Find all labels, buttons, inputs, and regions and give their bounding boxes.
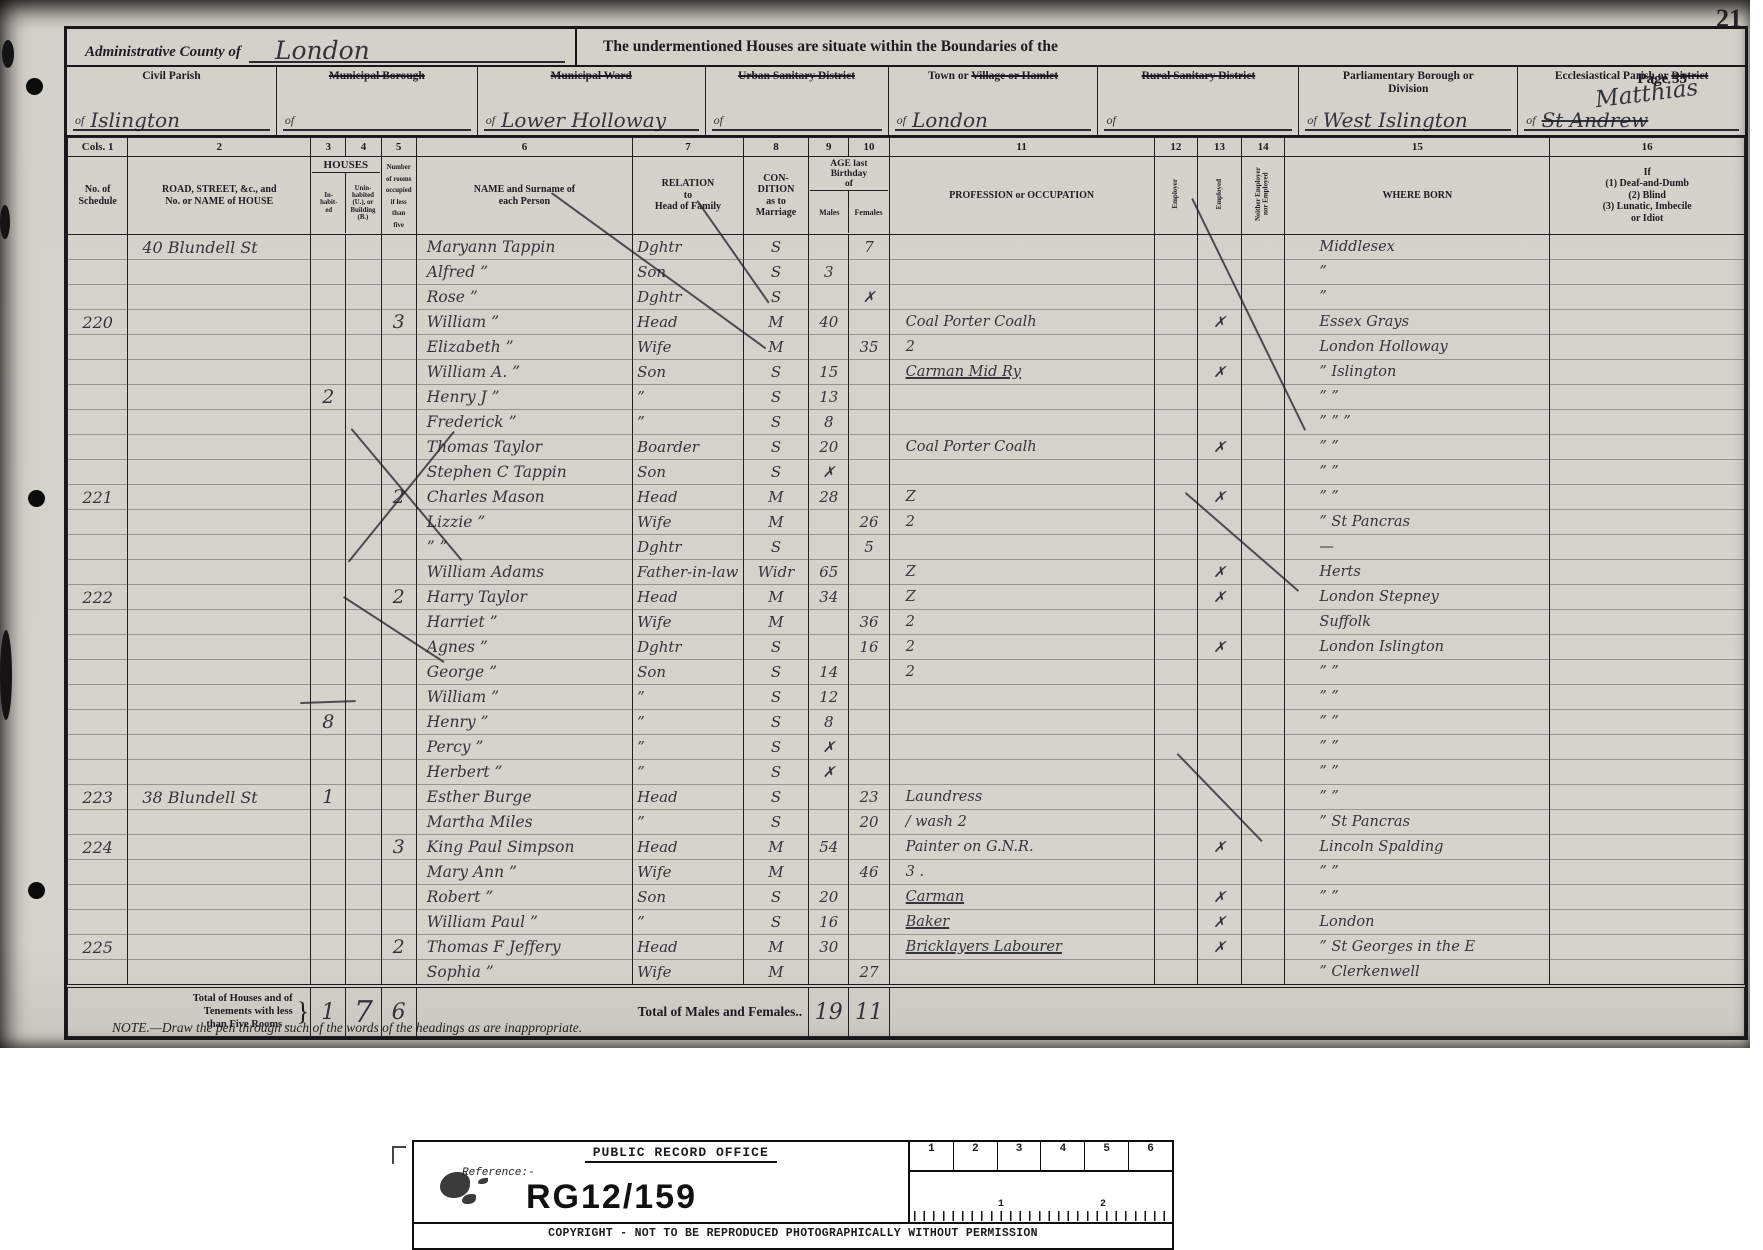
cell-relation: Wife — [633, 510, 744, 535]
cell-inhabited — [311, 310, 346, 335]
cell-inhabited — [311, 810, 346, 835]
cell-occupation — [889, 760, 1154, 785]
cell-relation: Son — [633, 885, 744, 910]
cell-age-male: ✗ — [809, 735, 849, 760]
cell-employed — [1198, 460, 1242, 485]
cell-uninhabited — [346, 335, 381, 360]
cell-employed: ✗ — [1198, 310, 1242, 335]
cell-schedule — [68, 860, 128, 885]
cell-inhabited — [311, 960, 346, 987]
cell-born: ” ” — [1285, 710, 1550, 735]
cell-age-male: 34 — [809, 585, 849, 610]
scan-edge-mark — [0, 205, 10, 239]
cell-born: ” ” — [1285, 485, 1550, 510]
cell-age-female — [849, 835, 889, 860]
table-row: 222 2 Harry Taylor Head M 34 Z ✗ London … — [68, 585, 1745, 610]
cell-inhabited — [311, 760, 346, 785]
table-row: William A. ” Son S 15 Carman Mid Ry ✗ ” … — [68, 360, 1745, 385]
cell-street — [128, 960, 311, 987]
cell-relation: ” — [633, 735, 744, 760]
cell-age-female — [849, 385, 889, 410]
census-form: Page 35 Administrative County of London … — [64, 26, 1748, 1040]
cell-neither — [1241, 410, 1285, 435]
cell-street — [128, 885, 311, 910]
cell-employed — [1198, 335, 1242, 360]
district-parliamentary: Parliamentary Borough or Division ofWest… — [1299, 67, 1518, 135]
cell-relation: Wife — [633, 335, 744, 360]
cell-age-male: 40 — [809, 310, 849, 335]
cell-infirmity — [1550, 635, 1745, 660]
cell-neither — [1241, 860, 1285, 885]
cell-occupation: Bricklayers Labourer — [889, 935, 1154, 960]
head-street: ROAD, STREET, &c., and No. or NAME of HO… — [128, 157, 311, 235]
cell-uninhabited — [346, 860, 381, 885]
cell-condition: S — [743, 410, 808, 435]
cell-street — [128, 260, 311, 285]
footer-note: NOTE.—Draw the pen through such of the w… — [112, 1020, 582, 1036]
cell-employer — [1154, 735, 1198, 760]
cell-age-female — [849, 710, 889, 735]
cell-inhabited — [311, 360, 346, 385]
cell-age-male: 3 — [809, 260, 849, 285]
cell-condition: M — [743, 510, 808, 535]
cell-street — [128, 460, 311, 485]
cell-name: Frederick ” — [416, 410, 632, 435]
cell-occupation: Z — [889, 485, 1154, 510]
cell-uninhabited — [346, 285, 381, 310]
cell-infirmity — [1550, 535, 1745, 560]
cell-condition: M — [743, 485, 808, 510]
cell-age-male — [809, 810, 849, 835]
cell-neither — [1241, 685, 1285, 710]
table-row: Thomas Taylor Boarder S 20 Coal Porter C… — [68, 435, 1745, 460]
cell-schedule — [68, 285, 128, 310]
cell-street — [128, 610, 311, 635]
table-row: Lizzie ” Wife M 26 2 ” St Pancras — [68, 510, 1745, 535]
cell-uninhabited — [346, 560, 381, 585]
scan-edge-mark — [2, 40, 14, 68]
cell-uninhabited — [346, 785, 381, 810]
cell-rooms — [381, 335, 416, 360]
cell-neither — [1241, 935, 1285, 960]
cell-age-male: 15 — [809, 360, 849, 385]
cell-born: ” ” — [1285, 885, 1550, 910]
cell-relation: Son — [633, 360, 744, 385]
cell-schedule — [68, 460, 128, 485]
district-town: Town or Village or Hamlet ofLondon — [889, 67, 1099, 135]
cell-employer — [1154, 260, 1198, 285]
cell-age-female — [849, 310, 889, 335]
cell-neither — [1241, 460, 1285, 485]
cell-neither — [1241, 435, 1285, 460]
cell-rooms — [381, 710, 416, 735]
cell-condition: S — [743, 785, 808, 810]
cell-occupation: Carman Mid Ry — [889, 360, 1154, 385]
cell-schedule — [68, 260, 128, 285]
census-table: Cols. 12 34 56 78 910 1112 1314 1516 No.… — [67, 137, 1745, 1037]
table-row: Frederick ” ” S 8 ” ” ” — [68, 410, 1745, 435]
cell-employed — [1198, 860, 1242, 885]
cell-name: Charles Mason — [416, 485, 632, 510]
cell-age-female: 16 — [849, 635, 889, 660]
cell-inhabited — [311, 685, 346, 710]
cell-occupation: Carman — [889, 885, 1154, 910]
cell-age-female — [849, 360, 889, 385]
cell-name: William ” — [416, 685, 632, 710]
cell-inhabited — [311, 510, 346, 535]
cell-age-female — [849, 760, 889, 785]
cell-rooms — [381, 910, 416, 935]
cell-relation: Dghtr — [633, 635, 744, 660]
cell-inhabited — [311, 460, 346, 485]
cell-schedule — [68, 560, 128, 585]
cell-name: Esther Burge — [416, 785, 632, 810]
cell-neither — [1241, 660, 1285, 685]
cell-uninhabited — [346, 635, 381, 660]
cell-employer — [1154, 885, 1198, 910]
cell-rooms: 2 — [381, 585, 416, 610]
punch-hole — [28, 490, 45, 507]
cell-age-male: 65 — [809, 560, 849, 585]
cell-age-female: 7 — [849, 235, 889, 260]
cell-relation: ” — [633, 810, 744, 835]
cell-infirmity — [1550, 460, 1745, 485]
head-name: NAME and Surname of each Person — [416, 157, 632, 235]
district-urban-sanitary: Urban Sanitary District of — [706, 67, 889, 135]
cell-name: Sophia ” — [416, 960, 632, 987]
of-prefix: of — [75, 113, 84, 128]
cell-condition: S — [743, 360, 808, 385]
cell-age-female: 20 — [849, 810, 889, 835]
cell-rooms — [381, 735, 416, 760]
cell-age-female — [849, 560, 889, 585]
cell-condition: S — [743, 910, 808, 935]
reference-label: Reference:- — [462, 1167, 535, 1179]
cell-employer — [1154, 285, 1198, 310]
cell-relation: ” — [633, 685, 744, 710]
cell-age-female: 35 — [849, 335, 889, 360]
cell-schedule — [68, 435, 128, 460]
cell-name: William Paul ” — [416, 910, 632, 935]
cell-street — [128, 935, 311, 960]
cell-inhabited — [311, 910, 346, 935]
table-row: Martha Miles ” S 20 / wash 2 ” St Pancra… — [68, 810, 1745, 835]
cell-infirmity — [1550, 310, 1745, 335]
cell-employed: ✗ — [1198, 435, 1242, 460]
cell-inhabited — [311, 285, 346, 310]
cell-neither — [1241, 585, 1285, 610]
cell-schedule — [68, 910, 128, 935]
cell-condition: S — [743, 810, 808, 835]
cell-employer — [1154, 910, 1198, 935]
cell-uninhabited — [346, 910, 381, 935]
cell-relation: Father-in-law — [633, 560, 744, 585]
cell-employed — [1198, 710, 1242, 735]
cell-age-female — [849, 460, 889, 485]
cell-occupation — [889, 260, 1154, 285]
table-row: Alfred ” Son S 3 ” — [68, 260, 1745, 285]
cell-rooms — [381, 360, 416, 385]
cell-occupation: Z — [889, 560, 1154, 585]
cell-street — [128, 735, 311, 760]
cell-age-female — [849, 485, 889, 510]
cell-infirmity — [1550, 260, 1745, 285]
cell-employer — [1154, 510, 1198, 535]
cell-relation: Head — [633, 935, 744, 960]
cell-age-male: 28 — [809, 485, 849, 510]
cell-inhabited: 8 — [311, 710, 346, 735]
punch-hole — [26, 78, 43, 95]
cell-schedule — [68, 535, 128, 560]
cell-name: Robert ” — [416, 885, 632, 910]
scan-edge-mark — [0, 630, 12, 720]
cell-born: London Islington — [1285, 635, 1550, 660]
cell-employed — [1198, 610, 1242, 635]
cell-employer — [1154, 635, 1198, 660]
cell-uninhabited — [346, 310, 381, 335]
cell-employed — [1198, 660, 1242, 685]
cell-born: ” St Pancras — [1285, 810, 1550, 835]
cell-neither — [1241, 710, 1285, 735]
cell-rooms — [381, 860, 416, 885]
cell-employed: ✗ — [1198, 910, 1242, 935]
cell-infirmity — [1550, 935, 1745, 960]
cell-inhabited — [311, 485, 346, 510]
cell-inhabited: 1 — [311, 785, 346, 810]
cell-inhabited — [311, 860, 346, 885]
head-born: WHERE BORN — [1285, 157, 1550, 235]
table-row: 225 2 Thomas F Jeffery Head M 30 Brickla… — [68, 935, 1745, 960]
cell-employer — [1154, 360, 1198, 385]
cell-street — [128, 385, 311, 410]
cell-rooms — [381, 660, 416, 685]
cell-rooms — [381, 535, 416, 560]
cell-condition: M — [743, 935, 808, 960]
cell-employer — [1154, 410, 1198, 435]
cell-employed: ✗ — [1198, 635, 1242, 660]
ruler-ticks — [914, 1211, 1168, 1221]
registration-mark — [392, 1146, 406, 1164]
cell-relation: ” — [633, 710, 744, 735]
district-municipal-ward: Municipal Ward ofLower Holloway — [478, 67, 706, 135]
table-row: 223 38 Blundell St 1 Esther Burge Head S… — [68, 785, 1745, 810]
cell-rooms — [381, 410, 416, 435]
districts-band: Civil Parish ofIslington Municipal Borou… — [67, 67, 1745, 137]
cell-rooms — [381, 260, 416, 285]
cell-occupation: 2 — [889, 635, 1154, 660]
cell-born: ” ” — [1285, 760, 1550, 785]
cell-relation: Head — [633, 485, 744, 510]
cell-age-male: 16 — [809, 910, 849, 935]
cell-rooms — [381, 435, 416, 460]
cell-name: Rose ” — [416, 285, 632, 310]
ruler: 1 2 3 4 5 6 1 2 — [908, 1142, 1172, 1222]
cell-uninhabited — [346, 235, 381, 260]
cell-born: ” — [1285, 260, 1550, 285]
cell-born: ” ” — [1285, 735, 1550, 760]
cell-relation: Wife — [633, 610, 744, 635]
cell-street — [128, 285, 311, 310]
cell-age-female — [849, 585, 889, 610]
cell-occupation — [889, 285, 1154, 310]
cell-born: ” St Pancras — [1285, 510, 1550, 535]
cell-schedule — [68, 510, 128, 535]
census-rows: 40 Blundell St Maryann Tappin Dghtr S 7 … — [68, 235, 1745, 987]
cell-schedule — [68, 760, 128, 785]
table-row: William ” ” S 12 ” ” — [68, 685, 1745, 710]
cell-uninhabited — [346, 585, 381, 610]
cell-uninhabited — [346, 485, 381, 510]
cell-infirmity — [1550, 735, 1745, 760]
reference-value: RG12/159 — [526, 1178, 697, 1217]
cell-street — [128, 635, 311, 660]
cell-occupation — [889, 460, 1154, 485]
cell-condition: S — [743, 735, 808, 760]
cell-inhabited — [311, 335, 346, 360]
cell-born: Lincoln Spalding — [1285, 835, 1550, 860]
cell-occupation — [889, 385, 1154, 410]
district-label: Civil Parish — [142, 70, 200, 82]
cell-inhabited — [311, 835, 346, 860]
head-occupation: PROFESSION or OCCUPATION — [889, 157, 1154, 235]
table-row: Mary Ann ” Wife M 46 3 . ” ” — [68, 860, 1745, 885]
ruler-cm-number: 2 — [1100, 1199, 1106, 1210]
cell-age-male — [809, 610, 849, 635]
cell-neither — [1241, 260, 1285, 285]
cell-age-male: ✗ — [809, 760, 849, 785]
cell-relation: Dghtr — [633, 535, 744, 560]
cell-rooms — [381, 760, 416, 785]
cell-uninhabited — [346, 685, 381, 710]
cell-employer — [1154, 560, 1198, 585]
cell-employed: ✗ — [1198, 935, 1242, 960]
cell-occupation — [889, 535, 1154, 560]
cell-name: King Paul Simpson — [416, 835, 632, 860]
cell-age-male — [809, 535, 849, 560]
cell-relation: Son — [633, 460, 744, 485]
copyright-notice: COPYRIGHT - NOT TO BE REPRODUCED PHOTOGR… — [414, 1222, 1172, 1248]
cell-employed — [1198, 685, 1242, 710]
cell-relation: ” — [633, 410, 744, 435]
cell-condition: M — [743, 310, 808, 335]
cell-infirmity — [1550, 385, 1745, 410]
ruler-number: 1 — [910, 1142, 954, 1170]
cell-age-female: ✗ — [849, 285, 889, 310]
cell-schedule — [68, 610, 128, 635]
cell-uninhabited — [346, 660, 381, 685]
cell-employed — [1198, 385, 1242, 410]
table-row: 220 3 William ” Head M 40 Coal Porter Co… — [68, 310, 1745, 335]
cell-neither — [1241, 510, 1285, 535]
cell-neither — [1241, 385, 1285, 410]
cell-age-male: ✗ — [809, 460, 849, 485]
cell-neither — [1241, 610, 1285, 635]
cell-age-female — [849, 735, 889, 760]
cell-age-female — [849, 260, 889, 285]
cell-inhabited — [311, 435, 346, 460]
district-rural-sanitary: Rural Sanitary District of — [1098, 67, 1299, 135]
cell-schedule — [68, 235, 128, 260]
cell-schedule: 223 — [68, 785, 128, 810]
cell-age-female — [849, 910, 889, 935]
cell-age-male — [809, 635, 849, 660]
cell-schedule — [68, 360, 128, 385]
cell-neither — [1241, 885, 1285, 910]
cell-street — [128, 760, 311, 785]
cell-infirmity — [1550, 235, 1745, 260]
table-row: ” ” Dghtr S 5 — — [68, 535, 1745, 560]
cell-neither — [1241, 960, 1285, 987]
cell-street — [128, 910, 311, 935]
ruler-cm-number: 1 — [998, 1199, 1004, 1210]
table-row: Elizabeth ” Wife M 35 2 London Holloway — [68, 335, 1745, 360]
cell-age-female: 26 — [849, 510, 889, 535]
table-row: 2 Henry J ” ” S 13 ” ” — [68, 385, 1745, 410]
cell-rooms — [381, 885, 416, 910]
cell-infirmity — [1550, 660, 1745, 685]
cell-inhabited — [311, 610, 346, 635]
cell-employer — [1154, 935, 1198, 960]
cell-age-female — [849, 410, 889, 435]
cell-occupation: Laundress — [889, 785, 1154, 810]
cell-neither — [1241, 235, 1285, 260]
cell-age-male — [809, 960, 849, 987]
cell-infirmity — [1550, 710, 1745, 735]
cell-occupation: 2 — [889, 335, 1154, 360]
cell-employer — [1154, 585, 1198, 610]
cell-schedule — [68, 685, 128, 710]
cell-occupation: Coal Porter Coalh — [889, 310, 1154, 335]
cell-street — [128, 660, 311, 685]
cell-age-female — [849, 660, 889, 685]
cell-relation: ” — [633, 910, 744, 935]
cell-born: ” ” — [1285, 435, 1550, 460]
cell-infirmity — [1550, 285, 1745, 310]
cell-employer — [1154, 460, 1198, 485]
cell-occupation: 2 — [889, 610, 1154, 635]
cell-condition: S — [743, 435, 808, 460]
head-rooms: Number of rooms occupied if less than fi… — [381, 157, 416, 235]
cell-schedule — [68, 660, 128, 685]
cell-uninhabited — [346, 735, 381, 760]
district-municipal-borough: Municipal Borough of — [277, 67, 478, 135]
cell-occupation: / wash 2 — [889, 810, 1154, 835]
table-row: 221 2 Charles Mason Head M 28 Z ✗ ” ” — [68, 485, 1745, 510]
cell-age-male: 20 — [809, 885, 849, 910]
cell-condition: S — [743, 710, 808, 735]
ruler-number: 4 — [1041, 1142, 1085, 1170]
cell-street — [128, 585, 311, 610]
table-row: Harriet ” Wife M 36 2 Suffolk — [68, 610, 1745, 635]
cell-relation: Head — [633, 785, 744, 810]
cell-rooms — [381, 785, 416, 810]
cell-occupation: Z — [889, 585, 1154, 610]
cell-neither — [1241, 785, 1285, 810]
cell-uninhabited — [346, 360, 381, 385]
cell-schedule — [68, 960, 128, 987]
cell-employed — [1198, 410, 1242, 435]
cell-born: London — [1285, 910, 1550, 935]
cell-employer — [1154, 810, 1198, 835]
column-title-row: No. of Schedule ROAD, STREET, &c., and N… — [68, 157, 1745, 235]
cell-name: William Adams — [416, 560, 632, 585]
cell-employed — [1198, 260, 1242, 285]
cell-employer — [1154, 335, 1198, 360]
cell-uninhabited — [346, 385, 381, 410]
cell-schedule — [68, 710, 128, 735]
cell-condition: S — [743, 635, 808, 660]
cell-street — [128, 810, 311, 835]
